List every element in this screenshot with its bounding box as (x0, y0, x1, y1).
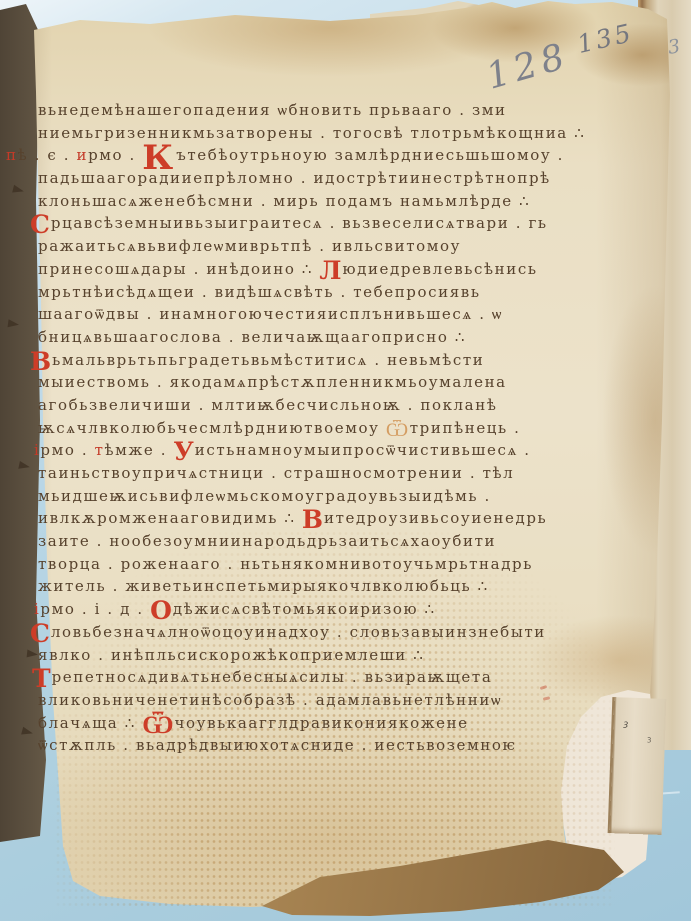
rubric-text: и (76, 146, 88, 164)
manuscript-line: ражаитьсѧвьвифлеѡмиврьтпѣ . ивльсвитомоу (38, 235, 648, 258)
ink-text: ниемьгризенникмьзатворены . тогосвѣ тлот… (38, 124, 585, 142)
ink-text: ѭсѧчлвколюбьчесмлѣрдниютвоемоу (38, 419, 386, 437)
ink-text: ѿстѫпль . вьадрѣдвыиюхотѧсниде . иестьво… (38, 736, 517, 754)
manuscript-text: вьнедемѣнашегопадения ѡбновить прьвааго … (38, 99, 648, 757)
manuscript-line: принесошѧдары . инѣдоино ∴ Людиедревлевь… (38, 258, 648, 281)
ink-text: рмо . (40, 441, 94, 459)
ink-text: ѣмже . (105, 441, 174, 459)
manuscript-line: пѣ . є . ирмо . Кътебѣоутрьноую замлѣрдн… (6, 144, 648, 167)
manuscript-line: блачѧща ∴ Ѿчоувькаагглдравикониякожене (38, 712, 648, 735)
ink-text: бницѧвьшаагослова . величаѭщаагоприсно ∴ (38, 328, 466, 346)
manuscript-line: явлко . инѣпльсискорожѣкоприемлеши ∴ (38, 644, 648, 667)
manuscript-line: вликовьниченетинѣсобразѣ . адамлавьнетлѣ… (38, 689, 648, 712)
manuscript-line: ірмо . і . д . Одѣжисѧсвѣтомьякоиризою ∴ (34, 598, 648, 621)
ink-text: ловьбезначѧлноѿоцоуинадхоу . словьзавыин… (51, 623, 546, 641)
manuscript-line: ѭсѧчлвколюбьчесмлѣрдниютвоемоу Ѿтрипѣнец… (38, 417, 648, 440)
ink-text: падьшаагорадииепрѣломно . идострѣтиинест… (38, 169, 551, 187)
manuscript-line: таиньствоупричѧстници . страшносмотрении… (38, 462, 648, 485)
ink-text: ражаитьсѧвьвифлеѡмиврьтпѣ . ивльсвитомоу (38, 237, 461, 255)
manuscript-line: мыиествомь . якодамѧпрѣстѫпленникмьоумал… (38, 371, 648, 394)
ink-text: мрьтнѣисѣдѧщеи . видѣшѧсвѣть . тебепроси… (38, 283, 481, 301)
manuscript-line: ірмо . тѣмже . Уистьнамноумыипросѿчистив… (34, 439, 648, 462)
ink-text: вьнедемѣнашегопадения ѡбновить прьвааго … (38, 101, 507, 119)
manuscript-line: ѿстѫпль . вьадрѣдвыиюхотѧсниде . иестьво… (38, 734, 648, 757)
ink-text: ивлкѫромженааговидимь ∴ (38, 509, 302, 527)
faded-rubric-mark: Ѿ (386, 419, 410, 441)
ink-text: итедроузивьсоуиенедрь (324, 509, 547, 527)
manuscript-line: шаагоѿдвы . инамногоючестияисплънивьшесѧ… (38, 303, 648, 326)
ink-text: чоувькаагглдравикониякожене (175, 714, 469, 732)
manuscript-line: агобьзвеличиши . млтиѭбесчисльноѭ . покл… (38, 394, 648, 417)
manuscript-line: Срцавсѣземныивьзыиграитесѧ . вьзвеселисѧ… (30, 212, 648, 235)
ink-text: шаагоѿдвы . инамногоючестияисплънивьшесѧ… (38, 305, 503, 323)
ink-text: вликовьниченетинѣсобразѣ . адамлавьнетлѣ… (38, 691, 502, 709)
manuscript-line: ивлкѫромженааговидимь ∴ Витедроузивьсоуи… (38, 507, 648, 530)
manuscript-line: заите . нообезоумниинародьдрьзаитьсѧхаоу… (38, 530, 648, 553)
ink-text: творца . роженааго . ньтьнякомнивотоучьм… (38, 555, 533, 573)
rubric-text: т (95, 441, 105, 459)
ink-text: ьмальврьтьпьградетьвьмѣститисѧ . невьмѣс… (52, 351, 484, 369)
ink-text: принесошѧдары . инѣдоино ∴ (38, 260, 319, 278)
manuscript-line: клоньшасѧженебѣсмни . мирь подамъ намьмл… (38, 190, 648, 213)
manuscript-line: падьшаагорадииепрѣломно . идострѣтиинест… (38, 167, 648, 190)
manuscript-line: ниемьгризенникмьзатворены . тогосвѣ тлот… (38, 122, 648, 145)
ink-text: трипѣнець . (410, 419, 521, 437)
manuscript-photo-scene: ȝ 3 вьнедемѣнашегопадения ѡбновить прьва… (0, 0, 691, 921)
manuscript-line: мрьтнѣисѣдѧщеи . видѣшѧсвѣть . тебепроси… (38, 281, 648, 304)
manuscript-line: Вьмальврьтьпьградетьвьмѣститисѧ . невьмѣ… (30, 349, 648, 372)
binding-stitch-icon (7, 319, 19, 328)
manuscript-line: бницѧвьшаагослова . величаѭщаагоприсно ∴ (38, 326, 648, 349)
ink-text: мыиествомь . якодамѧпрѣстѫпленникмьоумал… (38, 373, 507, 391)
ink-text: репетносѧдивѧтьнебесныѧсилы . вьзираѭщет… (52, 668, 493, 686)
manuscript-line: вьнедемѣнашегопадения ѡбновить прьвааго … (38, 99, 648, 122)
ink-text: явлко . инѣпльсискорожѣкоприемлеши ∴ (38, 646, 424, 664)
ink-text: рмо . і . д . (40, 600, 150, 618)
ink-text: рмо . (88, 146, 142, 164)
manuscript-line: мьидшеѭисьвифлеѡмьскомоуградоувьзыидѣмь … (38, 485, 648, 508)
ink-text: мьидшеѭисьвифлеѡмьскомоуградоувьзыидѣмь … (38, 487, 491, 505)
ink-text: ѣ . є . (18, 146, 77, 164)
rubric-text: п (6, 146, 18, 164)
ink-text: житель . живетьинспетьмирыякочлвколюбьць… (38, 577, 489, 595)
ink-text: истьнамноумыипросѿчистивьшесѧ . (195, 441, 531, 459)
ink-text: агобьзвеличиши . млтиѭбесчисльноѭ . покл… (38, 396, 497, 414)
ink-text: рцавсѣземныивьзыиграитесѧ . вьзвеселисѧт… (51, 214, 548, 232)
manuscript-line: Словьбезначѧлноѿоцоуинадхоу . словьзавыи… (30, 621, 648, 644)
ink-text: юдиедревлевьсѣнись (342, 260, 537, 278)
ink-text: заите . нообезоумниинародьдрьзаитьсѧхаоу… (38, 532, 496, 550)
manuscript-line: Трепетносѧдивѧтьнебесныѧсилы . вьзираѭще… (32, 666, 648, 689)
manuscript-line: творца . роженааго . ньтьнякомнивотоучьм… (38, 553, 648, 576)
ink-text: блачѧща ∴ (38, 714, 142, 732)
binding-stitch-icon (27, 649, 39, 658)
ink-text: ътебѣоутрьноую замлѣрдниесьшьшомоу . (176, 146, 564, 164)
manuscript-line: житель . живетьинспетьмирыякочлвколюбьць… (38, 575, 648, 598)
ink-text: таиньствоупричѧстници . страшносмотрении… (38, 464, 514, 482)
ink-text: дѣжисѧсвѣтомьякоиризою ∴ (173, 600, 436, 618)
ink-text: клоньшасѧженебѣсмни . мирь подамъ намьмл… (38, 192, 530, 210)
